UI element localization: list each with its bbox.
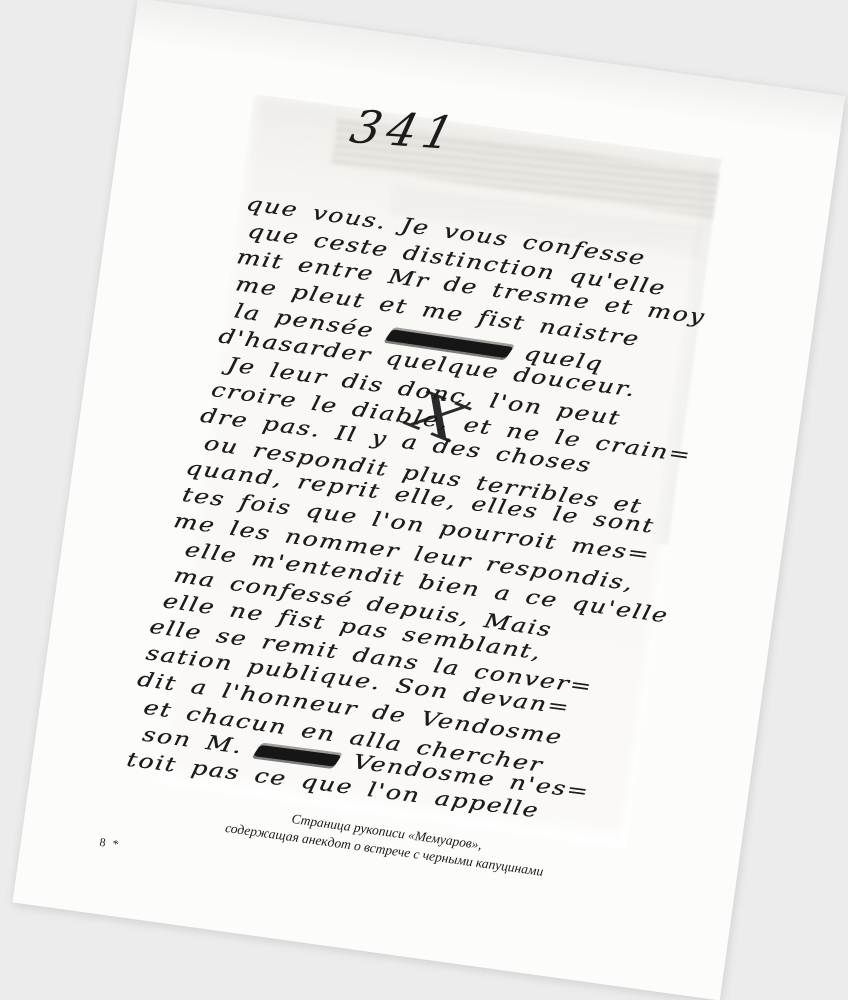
page-sheet: 341 que vous. Je vous confesseque ceste … — [13, 0, 846, 1000]
manuscript-folio-number: 341 — [346, 104, 464, 156]
book-page-scan: 341 que vous. Je vous confesseque ceste … — [0, 0, 848, 1000]
manuscript-photo: 341 que vous. Je vous confesseque ceste … — [158, 94, 721, 849]
signature-mark: 8 * — [99, 836, 121, 851]
manuscript-text: que vous. Je vous confesseque ceste dist… — [117, 190, 751, 841]
